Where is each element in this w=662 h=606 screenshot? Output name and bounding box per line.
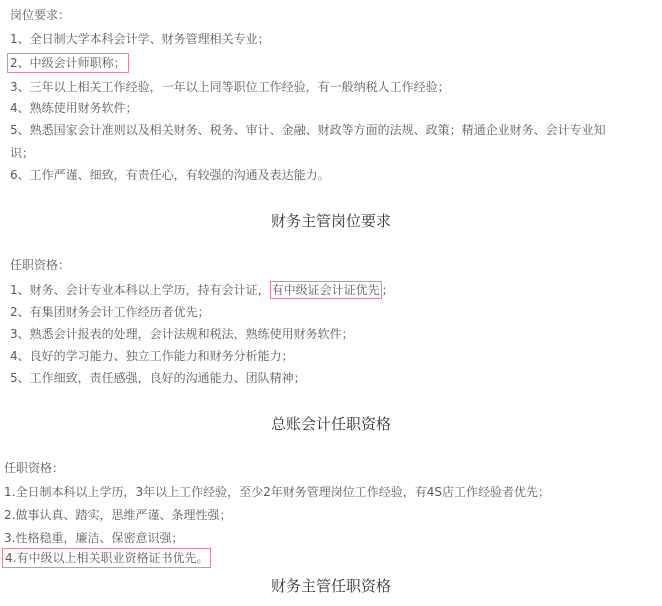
figure-caption: 财务主管岗位要求 (0, 211, 662, 231)
requirement-item: 1、全日制大学本科会计学、财务管理相关专业； (10, 31, 270, 47)
qualification-item: 4、良好的学习能力、独立工作能力和财务分析能力； (10, 348, 294, 364)
section-header: 任职资格： (10, 257, 70, 273)
requirement-item: 5、熟悉国家会计准则以及相关财务、税务、审计、金融、财政等方面的法规、政策；精通… (10, 122, 606, 138)
figure-caption: 财务主管任职资格 (0, 576, 662, 596)
requirement-item: 3、三年以上相关工作经验，一年以上同等职位工作经验，有一般纳税人工作经验； (10, 79, 450, 95)
section-header: 任职资格： (4, 460, 64, 476)
qualification-item: 2.做事认真、踏实，思维严谨、条理性强； (4, 507, 231, 523)
section-header: 岗位要求： (10, 7, 70, 23)
qualification-item: 2、有集团财务会计工作经历者优先； (10, 304, 210, 320)
highlighted-phrase: 有中级证会计证优先 (270, 281, 382, 299)
requirement-item: 4、熟练使用财务软件； (10, 100, 138, 116)
qualification-item: 5、工作细致，责任感强，良好的沟通能力、团队精神； (10, 370, 306, 386)
qualification-item: 3、熟悉会计报表的处理，会计法规和税法，熟练使用财务软件； (10, 326, 354, 342)
qualification-item-tail: ； (382, 283, 394, 297)
requirement-item-highlighted: 2、中级会计师职称； (7, 53, 129, 73)
figure-caption: 总账会计任职资格 (0, 414, 662, 434)
requirement-item: 6、工作严谨、细致，有责任心，有较强的沟通及表达能力。 (10, 167, 330, 183)
qualification-item-highlighted: 4.有中级以上相关职业资格证书优先。 (2, 548, 211, 568)
qualification-item: 1.全日制本科以上学历，3年以上工作经验，至少2年财务管理岗位工作经验，有4S店… (4, 484, 550, 500)
qualification-item-text: 1、财务、会计专业本科以上学历，持有会计证， (10, 283, 270, 297)
qualification-item: 3.性格稳重，廉洁、保密意识强； (4, 530, 183, 546)
requirement-item-continuation: 识； (10, 145, 34, 161)
qualification-item: 1、财务、会计专业本科以上学历，持有会计证，有中级证会计证优先； (10, 282, 394, 298)
